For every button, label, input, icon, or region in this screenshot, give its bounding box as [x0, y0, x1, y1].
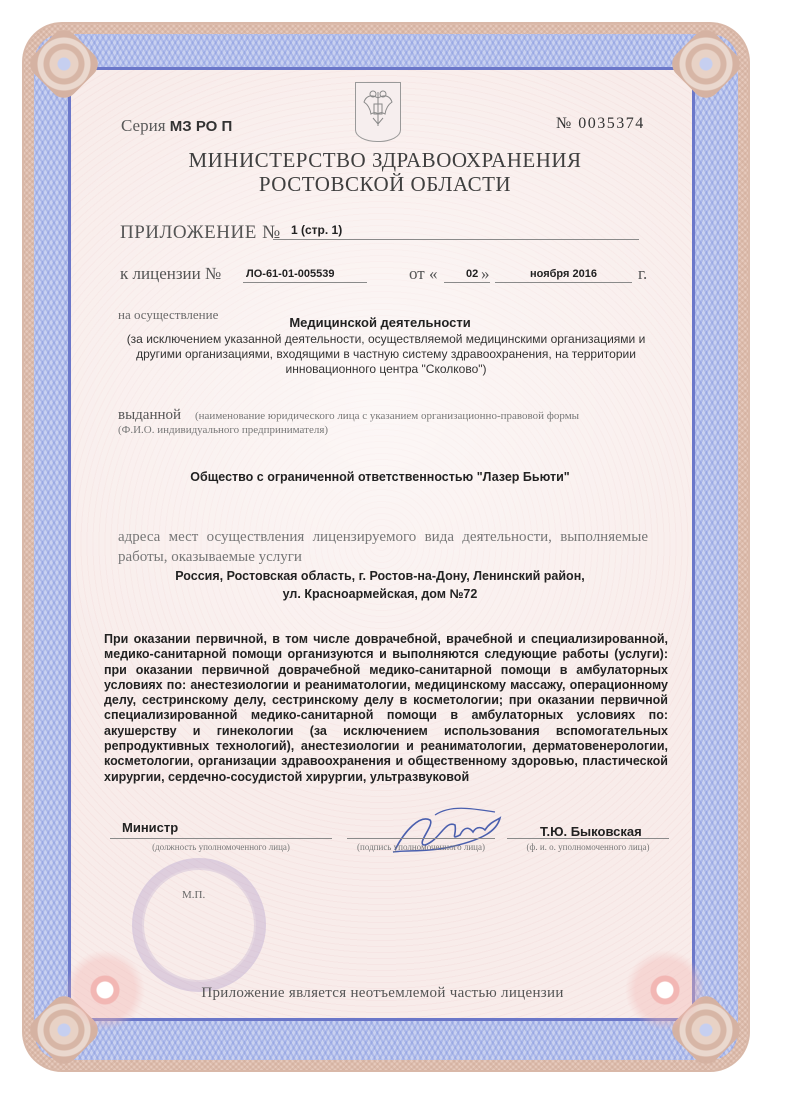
- coat-of-arms-icon: [355, 82, 401, 142]
- issued-hint-ip: (Ф.И.О. индивидуального предпринимателя): [118, 424, 328, 436]
- license-label: к лицензии №: [120, 264, 221, 284]
- official-stamp-icon: [132, 858, 266, 992]
- month-underline: [495, 282, 632, 283]
- series: Серия МЗ РО П: [121, 116, 232, 136]
- series-code: МЗ РО П: [170, 118, 232, 135]
- document-number: № 0035374: [556, 115, 645, 133]
- address: Россия, Ростовская область, г. Ростов-на…: [130, 567, 630, 603]
- year-suffix: г.: [638, 264, 647, 284]
- series-label: Серия: [121, 116, 166, 135]
- address-line: Россия, Ростовская область, г. Ростов-на…: [130, 567, 630, 585]
- license-month-year: ноября 2016: [530, 268, 597, 280]
- signatory-name: Т.Ю. Быковская: [540, 824, 642, 839]
- signature-hint: (подпись уполномоченного лица): [347, 842, 495, 852]
- license-day: 02: [466, 268, 478, 280]
- stamp-place-label: М.П.: [182, 889, 205, 901]
- appendix-number: 1 (стр. 1): [291, 223, 342, 237]
- day-underline: [444, 282, 490, 283]
- activity-name: Медицинской деятельности: [120, 315, 640, 330]
- role-underline: [110, 838, 332, 839]
- ministry-title: МИНИСТЕРСТВО ЗДРАВООХРАНЕНИЯ: [120, 148, 650, 173]
- issued-hint: (наименование юридического лица с указан…: [195, 410, 579, 422]
- activity-note: (за исключением указанной деятельности, …: [106, 332, 666, 377]
- signature-underline: [347, 838, 495, 839]
- services-text: При оказании первичной, в том числе довр…: [104, 632, 668, 785]
- license-underline: [243, 282, 367, 283]
- footer-note: Приложение является неотъемлемой частью …: [120, 985, 645, 1002]
- address-line: ул. Красноармейская, дом №72: [130, 585, 630, 603]
- organization-name: Общество с ограниченной ответственностью…: [120, 470, 640, 484]
- from-label: от «: [409, 264, 437, 284]
- name-underline: [507, 838, 669, 839]
- address-label: адреса мест осуществления лицензируемого…: [118, 527, 648, 567]
- quote-close: »: [481, 264, 490, 284]
- signature-icon: [385, 800, 515, 865]
- appendix-underline: [273, 239, 639, 240]
- signatory-role: Министр: [122, 820, 178, 835]
- appendix-label: ПРИЛОЖЕНИЕ №: [120, 222, 281, 244]
- license-number: ЛО-61-01-005539: [246, 268, 334, 280]
- issued-label: выданной: [118, 407, 181, 424]
- name-hint: (ф. и. о. уполномоченного лица): [507, 842, 669, 852]
- ministry-region: РОСТОВСКОЙ ОБЛАСТИ: [120, 172, 650, 197]
- role-hint: (должность уполномоченного лица): [110, 842, 332, 852]
